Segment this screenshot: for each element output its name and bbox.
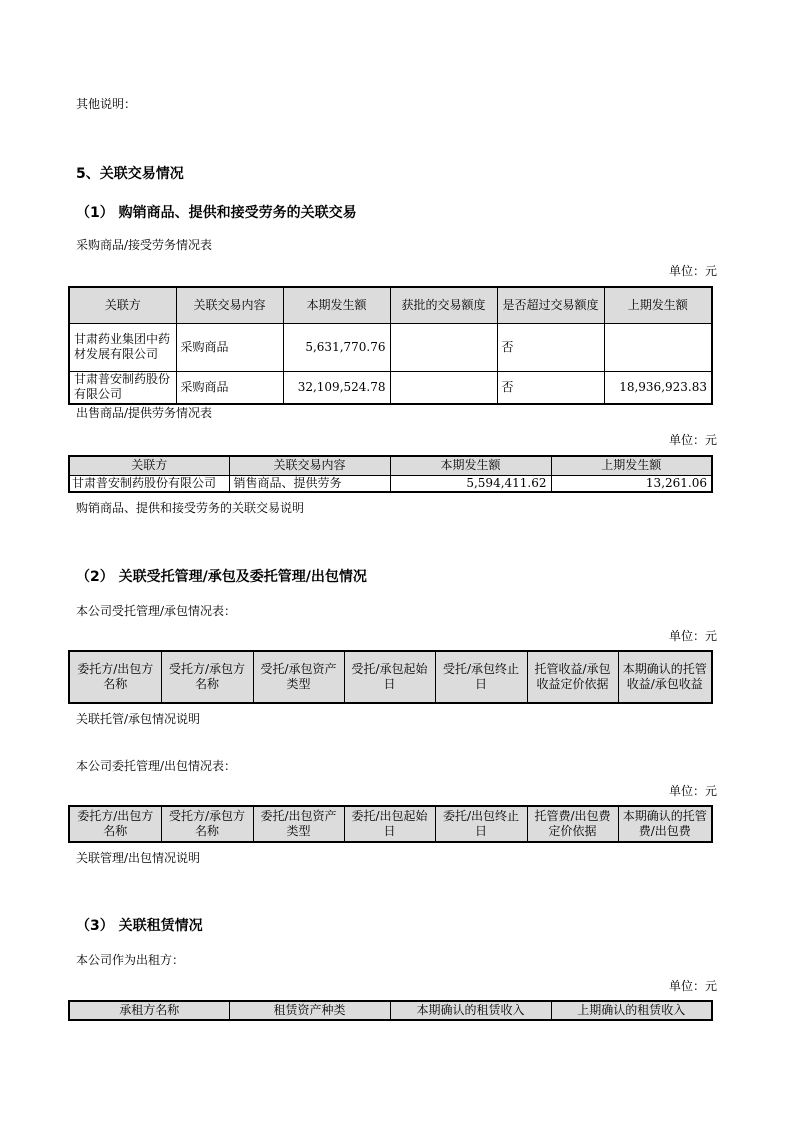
header-cell: 关联方: [69, 456, 229, 475]
entrusted-table-caption: 本公司受托管理/承包情况表：: [76, 604, 236, 618]
cell-current-amount: 32,109,524.78: [283, 371, 390, 404]
outsourced-management-table: 委托方/出包方名称 受托方/承包方名称 委托/出包资产类型 委托/出包起始日 委…: [68, 805, 713, 843]
cell-exceeds-limit: 否: [497, 323, 604, 371]
header-cell: 本期确认的托管费/出包费: [618, 806, 712, 842]
header-cell: 本期确认的托管收益/承包收益: [618, 651, 712, 703]
header-cell: 本期发生额: [283, 287, 390, 323]
header-cell: 委托/出包起始日: [344, 806, 435, 842]
header-cell: 获批的交易额度: [390, 287, 497, 323]
cell-approved-limit: [390, 323, 497, 371]
unit-label: 单位：元: [669, 627, 717, 644]
lessor-table-caption: 本公司作为出租方：: [76, 953, 184, 967]
cell-prior-amount: [604, 323, 712, 371]
header-cell: 关联交易内容: [229, 456, 390, 475]
header-cell: 关联方: [69, 287, 176, 323]
header-cell: 租赁资产种类: [229, 1001, 390, 1020]
header-cell: 委托方/出包方名称: [69, 651, 161, 703]
purchase-table: 关联方 关联交易内容 本期发生额 获批的交易额度 是否超过交易额度 上期发生额 …: [68, 286, 713, 405]
header-cell: 受托方/承包方名称: [161, 651, 253, 703]
header-cell: 托管费/出包费定价依据: [527, 806, 618, 842]
subsection-title-2: （2） 关联受托管理/承包及委托管理/出包情况: [76, 566, 367, 586]
cell-party: 甘肃普安制药股份有限公司: [69, 475, 229, 492]
cell-content: 采购商品: [176, 371, 283, 404]
entrusted-note: 关联托管/承包情况说明: [76, 712, 200, 726]
header-cell: 受托方/承包方名称: [161, 806, 253, 842]
cell-prior-amount: 18,936,923.83: [604, 371, 712, 404]
purchase-table-caption: 采购商品/接受劳务情况表: [76, 238, 212, 252]
header-cell: 委托/出包资产类型: [253, 806, 344, 842]
section-title: 5、关联交易情况: [76, 163, 184, 183]
table-header-row: 承租方名称 租赁资产种类 本期确认的租赁收入 上期确认的租赁收入: [69, 1001, 712, 1020]
header-cell: 本期发生额: [390, 456, 551, 475]
header-cell: 受托/承包起始日: [344, 651, 435, 703]
subsection-title-3: （3） 关联租赁情况: [76, 915, 203, 935]
cell-exceeds-limit: 否: [497, 371, 604, 404]
table-row: 甘肃药业集团中药材发展有限公司 采购商品 5,631,770.76 否: [69, 323, 712, 371]
table-row: 甘肃普安制药股份有限公司 采购商品 32,109,524.78 否 18,936…: [69, 371, 712, 404]
header-cell: 本期确认的租赁收入: [390, 1001, 551, 1020]
unit-label: 单位：元: [669, 977, 717, 994]
table-row: 甘肃普安制药股份有限公司 销售商品、提供劳务 5,594,411.62 13,2…: [69, 475, 712, 492]
header-cell: 承租方名称: [69, 1001, 229, 1020]
header-cell: 委托方/出包方名称: [69, 806, 161, 842]
header-cell: 上期发生额: [551, 456, 712, 475]
unit-label: 单位：元: [669, 431, 717, 448]
outsourced-note: 关联管理/出包情况说明: [76, 851, 200, 865]
header-cell: 托管收益/承包收益定价依据: [527, 651, 618, 703]
unit-label: 单位：元: [669, 782, 717, 799]
header-cell: 上期确认的租赁收入: [551, 1001, 712, 1020]
header-cell: 上期发生额: [604, 287, 712, 323]
table-header-row: 委托方/出包方名称 受托方/承包方名称 受托/承包资产类型 受托/承包起始日 受…: [69, 651, 712, 703]
sales-purchase-note: 购销商品、提供和接受劳务的关联交易说明: [76, 501, 304, 515]
cell-content: 采购商品: [176, 323, 283, 371]
header-cell: 委托/出包终止日: [435, 806, 527, 842]
cell-party: 甘肃普安制药股份有限公司: [69, 371, 176, 404]
entrusted-management-table: 委托方/出包方名称 受托方/承包方名称 受托/承包资产类型 受托/承包起始日 受…: [68, 650, 713, 704]
other-note: 其他说明：: [76, 97, 136, 111]
cell-party: 甘肃药业集团中药材发展有限公司: [69, 323, 176, 371]
outsourced-table-caption: 本公司委托管理/出包情况表：: [76, 759, 236, 773]
header-cell: 受托/承包资产类型: [253, 651, 344, 703]
unit-label: 单位：元: [669, 262, 717, 279]
cell-current-amount: 5,631,770.76: [283, 323, 390, 371]
subsection-title-1: （1） 购销商品、提供和接受劳务的关联交易: [76, 202, 357, 222]
header-cell: 是否超过交易额度: [497, 287, 604, 323]
sales-table-caption: 出售商品/提供劳务情况表: [76, 406, 212, 420]
table-header-row: 委托方/出包方名称 受托方/承包方名称 委托/出包资产类型 委托/出包起始日 委…: [69, 806, 712, 842]
lessor-table: 承租方名称 租赁资产种类 本期确认的租赁收入 上期确认的租赁收入: [68, 1000, 713, 1021]
cell-approved-limit: [390, 371, 497, 404]
header-cell: 受托/承包终止日: [435, 651, 527, 703]
table-header-row: 关联方 关联交易内容 本期发生额 上期发生额: [69, 456, 712, 475]
sales-table: 关联方 关联交易内容 本期发生额 上期发生额 甘肃普安制药股份有限公司 销售商品…: [68, 455, 713, 493]
table-header-row: 关联方 关联交易内容 本期发生额 获批的交易额度 是否超过交易额度 上期发生额: [69, 287, 712, 323]
header-cell: 关联交易内容: [176, 287, 283, 323]
cell-current-amount: 5,594,411.62: [390, 475, 551, 492]
cell-content: 销售商品、提供劳务: [229, 475, 390, 492]
cell-prior-amount: 13,261.06: [551, 475, 712, 492]
